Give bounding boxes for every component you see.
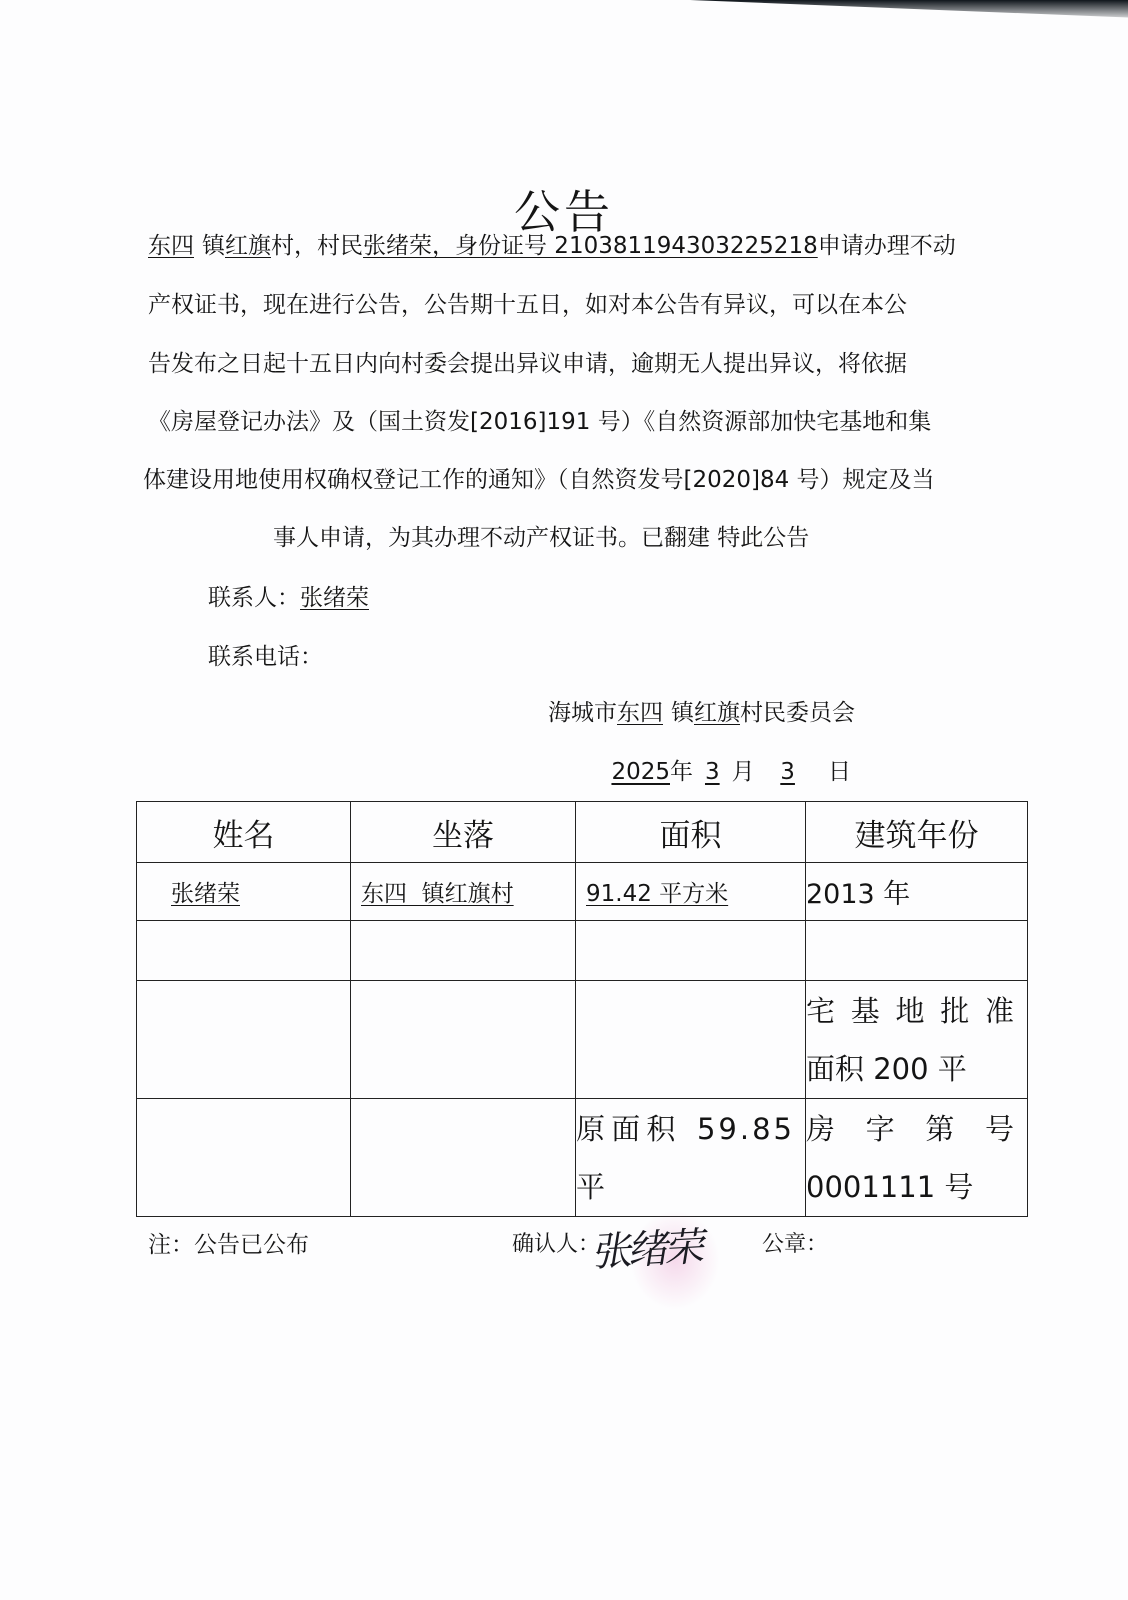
contact-person-value: 张绪荣 [300, 585, 369, 611]
cell-build-year: 2013 年 [806, 863, 1028, 921]
original-area-line-1: 原面积 59.85 [576, 1100, 805, 1158]
body-line-2: 产权证书，现在进行公告，公告期十五日，如对本公告有异议，可以在本公 [148, 290, 907, 320]
certificate-line-2: 0001111 号 [806, 1158, 1027, 1216]
date-day: 3 [755, 757, 821, 787]
cell-house-certificate-no: 房字第号 0001111 号 [806, 1099, 1028, 1217]
villager-label: 村，村民 [271, 233, 363, 259]
issue-date: 2025年 3 月3 日 [562, 757, 851, 787]
issuer: 海城市东四镇红旗村民委员会 [548, 698, 855, 728]
original-area-line-2: 平 [576, 1158, 805, 1216]
cell-empty [351, 981, 576, 1099]
header-name: 姓名 [137, 802, 351, 863]
body-line-5: 体建设用地使用权确权登记工作的通知》（自然资发号[2020]84 号）规定及当 [143, 465, 935, 495]
seal-label: 公章： [762, 1230, 828, 1260]
town-name: 东四 [148, 233, 194, 259]
date-year: 2025 [562, 757, 670, 787]
issuer-town-suffix: 镇 [671, 700, 694, 726]
cell-area-text: 91.42 平方米 [586, 881, 728, 907]
line1-tail: 申请办理不动 [818, 233, 956, 259]
table-header-row: 姓名 坐落 面积 建筑年份 [137, 802, 1028, 863]
cell-empty [576, 981, 806, 1099]
confirmer-label: 确认人： [512, 1230, 600, 1260]
cell-empty [351, 921, 576, 981]
cell-empty [351, 1099, 576, 1217]
issuer-suffix: 村民委员会 [740, 700, 855, 726]
certificate-line-1: 房字第号 [806, 1100, 1027, 1158]
cell-area: 91.42 平方米 [576, 863, 806, 921]
table-row [137, 921, 1028, 981]
body-line-3: 告发布之日起十五日内向村委会提出异议申请，逾期无人提出异议，将依据 [148, 349, 907, 379]
property-table: 姓名 坐落 面积 建筑年份 张绪荣 东四 镇红旗村 91.42 平方米 2013… [136, 801, 1028, 1217]
date-month: 3 [700, 757, 724, 787]
cell-location-text: 东四 镇红旗村 [361, 881, 514, 907]
table-row: 张绪荣 东四 镇红旗村 91.42 平方米 2013 年 [137, 863, 1028, 921]
contact-phone-label: 联系电话： [208, 644, 323, 670]
village-name: 红旗 [225, 233, 271, 259]
body-line-4: 《房屋登记办法》及（国土资发[2016]191 号）《自然资源部加快宅基地和集 [148, 407, 931, 437]
cell-location: 东四 镇红旗村 [351, 863, 576, 921]
header-area: 面积 [576, 802, 806, 863]
cell-original-area: 原面积 59.85 平 [576, 1099, 806, 1217]
issuer-village: 红旗 [694, 700, 740, 726]
applicant-and-id: 张绪荣，身份证号 210381194303225218 [363, 233, 818, 259]
homestead-line-2: 面积 200 平 [806, 1040, 1027, 1098]
header-build-year: 建筑年份 [806, 802, 1028, 863]
table-row: 宅基地批准 面积 200 平 [137, 981, 1028, 1099]
town-suffix: 镇 [202, 233, 225, 259]
scan-page-edge-shadow [690, 0, 1128, 22]
cell-name-text: 张绪荣 [171, 881, 240, 907]
table-row: 原面积 59.85 平 房字第号 0001111 号 [137, 1099, 1028, 1217]
confirmer-signature: 张绪荣 [590, 1215, 708, 1278]
cell-empty [806, 921, 1028, 981]
body-line-6: 事人申请，为其办理不动产权证书。已翻建 特此公告 [273, 523, 809, 553]
date-year-label: 年 [670, 759, 693, 785]
date-month-label: 月 [732, 759, 755, 785]
cell-empty [576, 921, 806, 981]
cell-name: 张绪荣 [137, 863, 351, 921]
body-line-1: 东四镇红旗村，村民张绪荣，身份证号 210381194303225218申请办理… [148, 231, 956, 261]
contact-phone: 联系电话： [208, 642, 323, 672]
contact-person: 联系人：张绪荣 [208, 583, 369, 613]
cell-empty [137, 1099, 351, 1217]
homestead-line-1: 宅基地批准 [806, 982, 1027, 1040]
issuer-town: 东四 [617, 700, 663, 726]
cell-homestead-approved-area: 宅基地批准 面积 200 平 [806, 981, 1028, 1099]
issuer-city: 海城市 [548, 700, 617, 726]
cell-empty [137, 981, 351, 1099]
cell-empty [137, 921, 351, 981]
header-location: 坐落 [351, 802, 576, 863]
contact-person-label: 联系人： [208, 585, 300, 611]
date-day-label: 日 [828, 759, 851, 785]
footer-note: 注：公告已公布 [148, 1230, 309, 1260]
